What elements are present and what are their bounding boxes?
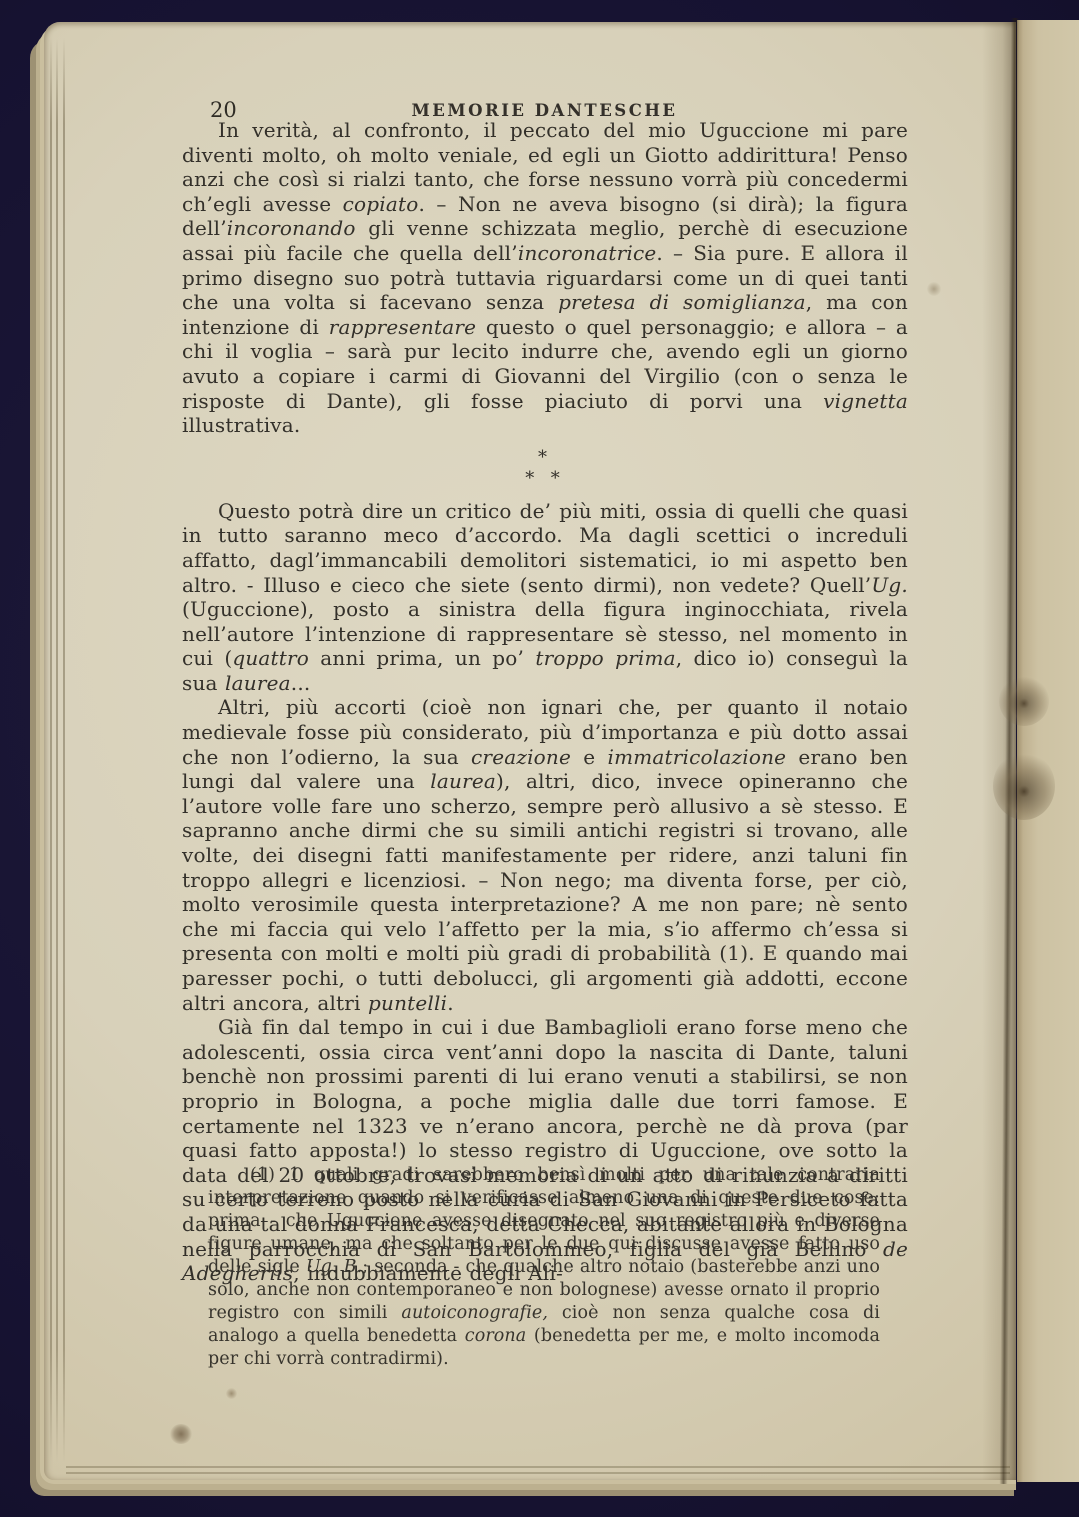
page-body: In verità, al confronto, il peccato del …	[182, 118, 908, 1286]
italic-text: copiato	[343, 192, 419, 216]
page-edge-line	[63, 38, 65, 1462]
italic-text: Ug. B.	[306, 1257, 362, 1277]
paper-stain	[999, 676, 1049, 726]
italic-text: corona	[465, 1326, 527, 1346]
italic-text: incoronatrice	[518, 241, 657, 265]
asterisk-line: * *	[182, 468, 908, 489]
italic-text: rappresentare	[329, 315, 476, 339]
italic-text: troppo prima	[535, 646, 675, 670]
italic-text: incoronando	[227, 216, 356, 240]
italic-text: autoiconografie,	[401, 1303, 548, 1323]
text-segment: .	[447, 991, 454, 1015]
text-segment: Questo potrà dire un critico de’ più mit…	[182, 499, 908, 597]
paper-stain	[993, 752, 1055, 820]
book-page: 20 MEMORIE DANTESCHE In verità, al confr…	[44, 22, 1016, 1480]
page-edge-line	[50, 38, 52, 1462]
paper-stain	[226, 1388, 237, 1399]
italic-text: Ug.	[871, 573, 908, 597]
page-edge-line	[66, 1466, 1010, 1468]
text-segment: e	[571, 745, 607, 769]
text-segment: anni prima, un po’	[309, 646, 535, 670]
italic-text: puntelli	[368, 991, 447, 1015]
italic-text: laurea	[225, 671, 291, 695]
paper-stain	[927, 282, 941, 296]
book-photo-background: 20 MEMORIE DANTESCHE In verità, al confr…	[0, 0, 1079, 1517]
italic-text: pretesa di somiglianza	[558, 290, 806, 314]
italic-text: vignetta	[823, 389, 908, 413]
italic-text: creazione	[471, 745, 571, 769]
asterisk-line: *	[182, 447, 908, 468]
facing-page-edge	[1017, 20, 1079, 1482]
paragraph: Questo potrà dire un critico de’ più mit…	[182, 499, 908, 696]
italic-text: immatricolazione	[608, 745, 787, 769]
footnote: (1) 1 quali gradi sarebbero bensì molti …	[208, 1164, 880, 1371]
paragraph: Altri, più accorti (cioè non ignari che,…	[182, 695, 908, 1015]
italic-text: laurea	[430, 769, 496, 793]
paragraph: In verità, al confronto, il peccato del …	[182, 118, 908, 438]
asterisk-separator: ** *	[182, 447, 908, 489]
text-segment: ...	[291, 671, 311, 695]
italic-text: quattro	[232, 646, 309, 670]
text-segment: ), altri, dico, invece opineranno che l’…	[182, 769, 908, 1014]
paper-stain	[170, 1424, 192, 1444]
page-edge-line	[66, 1472, 1010, 1474]
footnote-paragraph: (1) 1 quali gradi sarebbero bensì molti …	[208, 1164, 880, 1371]
text-segment: illustrativa.	[182, 413, 300, 437]
page-edge-line	[56, 38, 58, 1462]
